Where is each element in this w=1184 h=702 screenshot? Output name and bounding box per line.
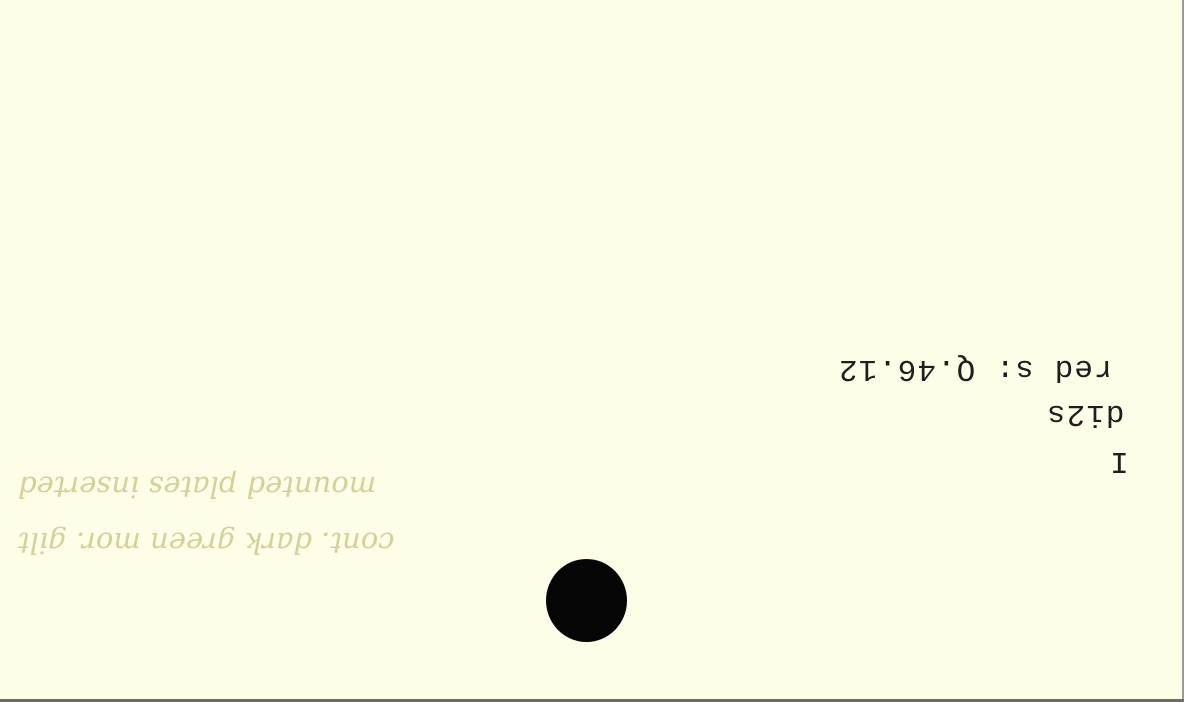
typed-size-line: di2s <box>1046 396 1124 431</box>
handwritten-binding-note: cont. dark green mor. gilt <box>18 526 394 560</box>
typed-volume-line: I <box>1109 443 1129 478</box>
punch-hole <box>546 559 627 642</box>
catalog-card: red s: Q.46.12 di2s I cont. dark green m… <box>0 0 1184 702</box>
typed-shelfmark-line: red s: Q.46.12 <box>838 351 1112 386</box>
handwritten-plates-note: mounted plates inserted <box>18 470 376 504</box>
